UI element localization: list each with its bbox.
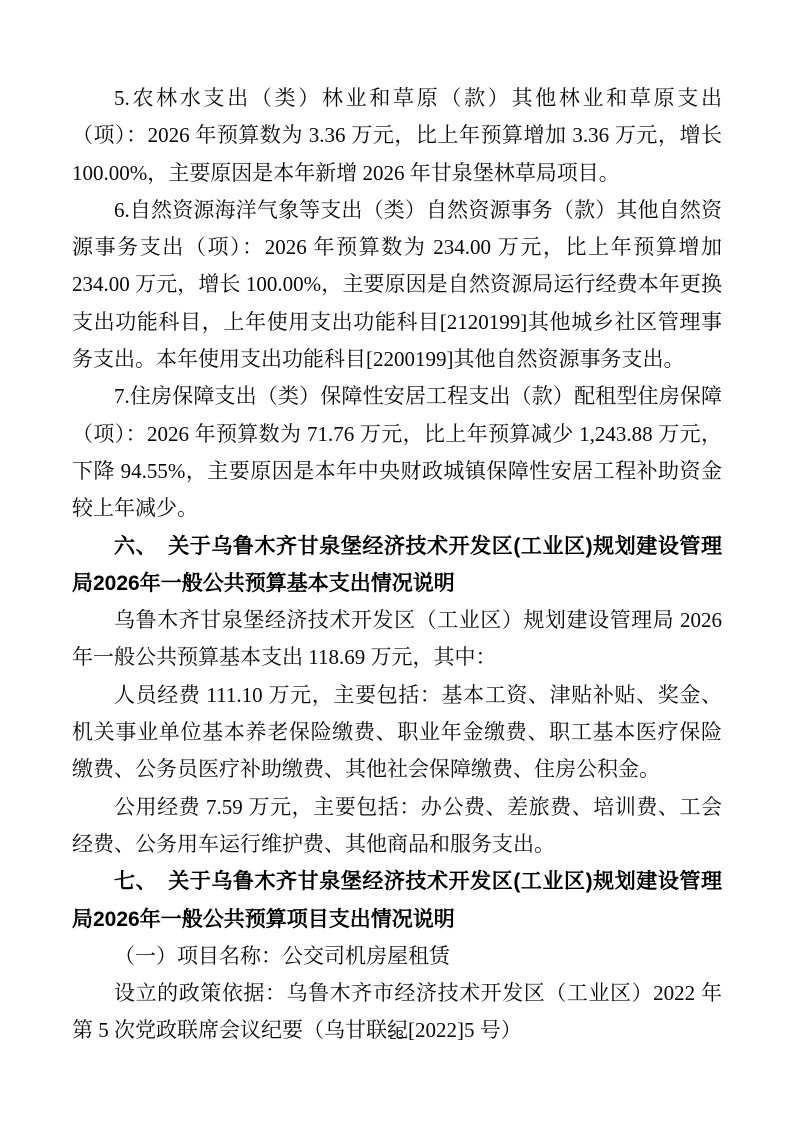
paragraph-item6-natural-resources-expense: 6.自然资源海洋气象等支出（类）自然资源事务（款）其他自然资源事务支出（项）：2… bbox=[72, 192, 722, 378]
paragraph-personnel-funds: 人员经费 111.10 万元，主要包括：基本工资、津贴补贴、奖金、机关事业单位基… bbox=[72, 677, 722, 789]
paragraph-public-funds: 公用经费 7.59 万元，主要包括：办公费、差旅费、培训费、工会经费、公务用车运… bbox=[72, 789, 722, 864]
document-body: 5.农林水支出（类）林业和草原（款）其他林业和草原支出（项）：2026 年预算数… bbox=[72, 80, 722, 1050]
paragraph-basic-expenditure-total: 乌鲁木齐甘泉堡经济技术开发区（工业区）规划建设管理局 2026 年一般公共预算基… bbox=[72, 602, 722, 677]
document-page: 5.农林水支出（类）林业和草原（款）其他林业和草原支出（项）：2026 年预算数… bbox=[0, 0, 793, 1122]
paragraph-item5-forestry-grassland-expense: 5.农林水支出（类）林业和草原（款）其他林业和草原支出（项）：2026 年预算数… bbox=[72, 80, 722, 192]
section-heading-six-basic-expenditure: 六、 关于乌鲁木齐甘泉堡经济技术开发区(工业区)规划建设管理局2026年一般公共… bbox=[72, 528, 722, 603]
section-heading-seven-project-expenditure: 七、 关于乌鲁木齐甘泉堡经济技术开发区(工业区)规划建设管理局2026年一般公共… bbox=[72, 863, 722, 938]
paragraph-project-name: （一）项目名称：公交司机房屋租赁 bbox=[72, 938, 722, 975]
paragraph-item7-housing-security-expense: 7.住房保障支出（类）保障性安居工程支出（款）配租型住房保障（项）：2026 年… bbox=[72, 378, 722, 527]
page-number: 23 bbox=[0, 1026, 793, 1044]
